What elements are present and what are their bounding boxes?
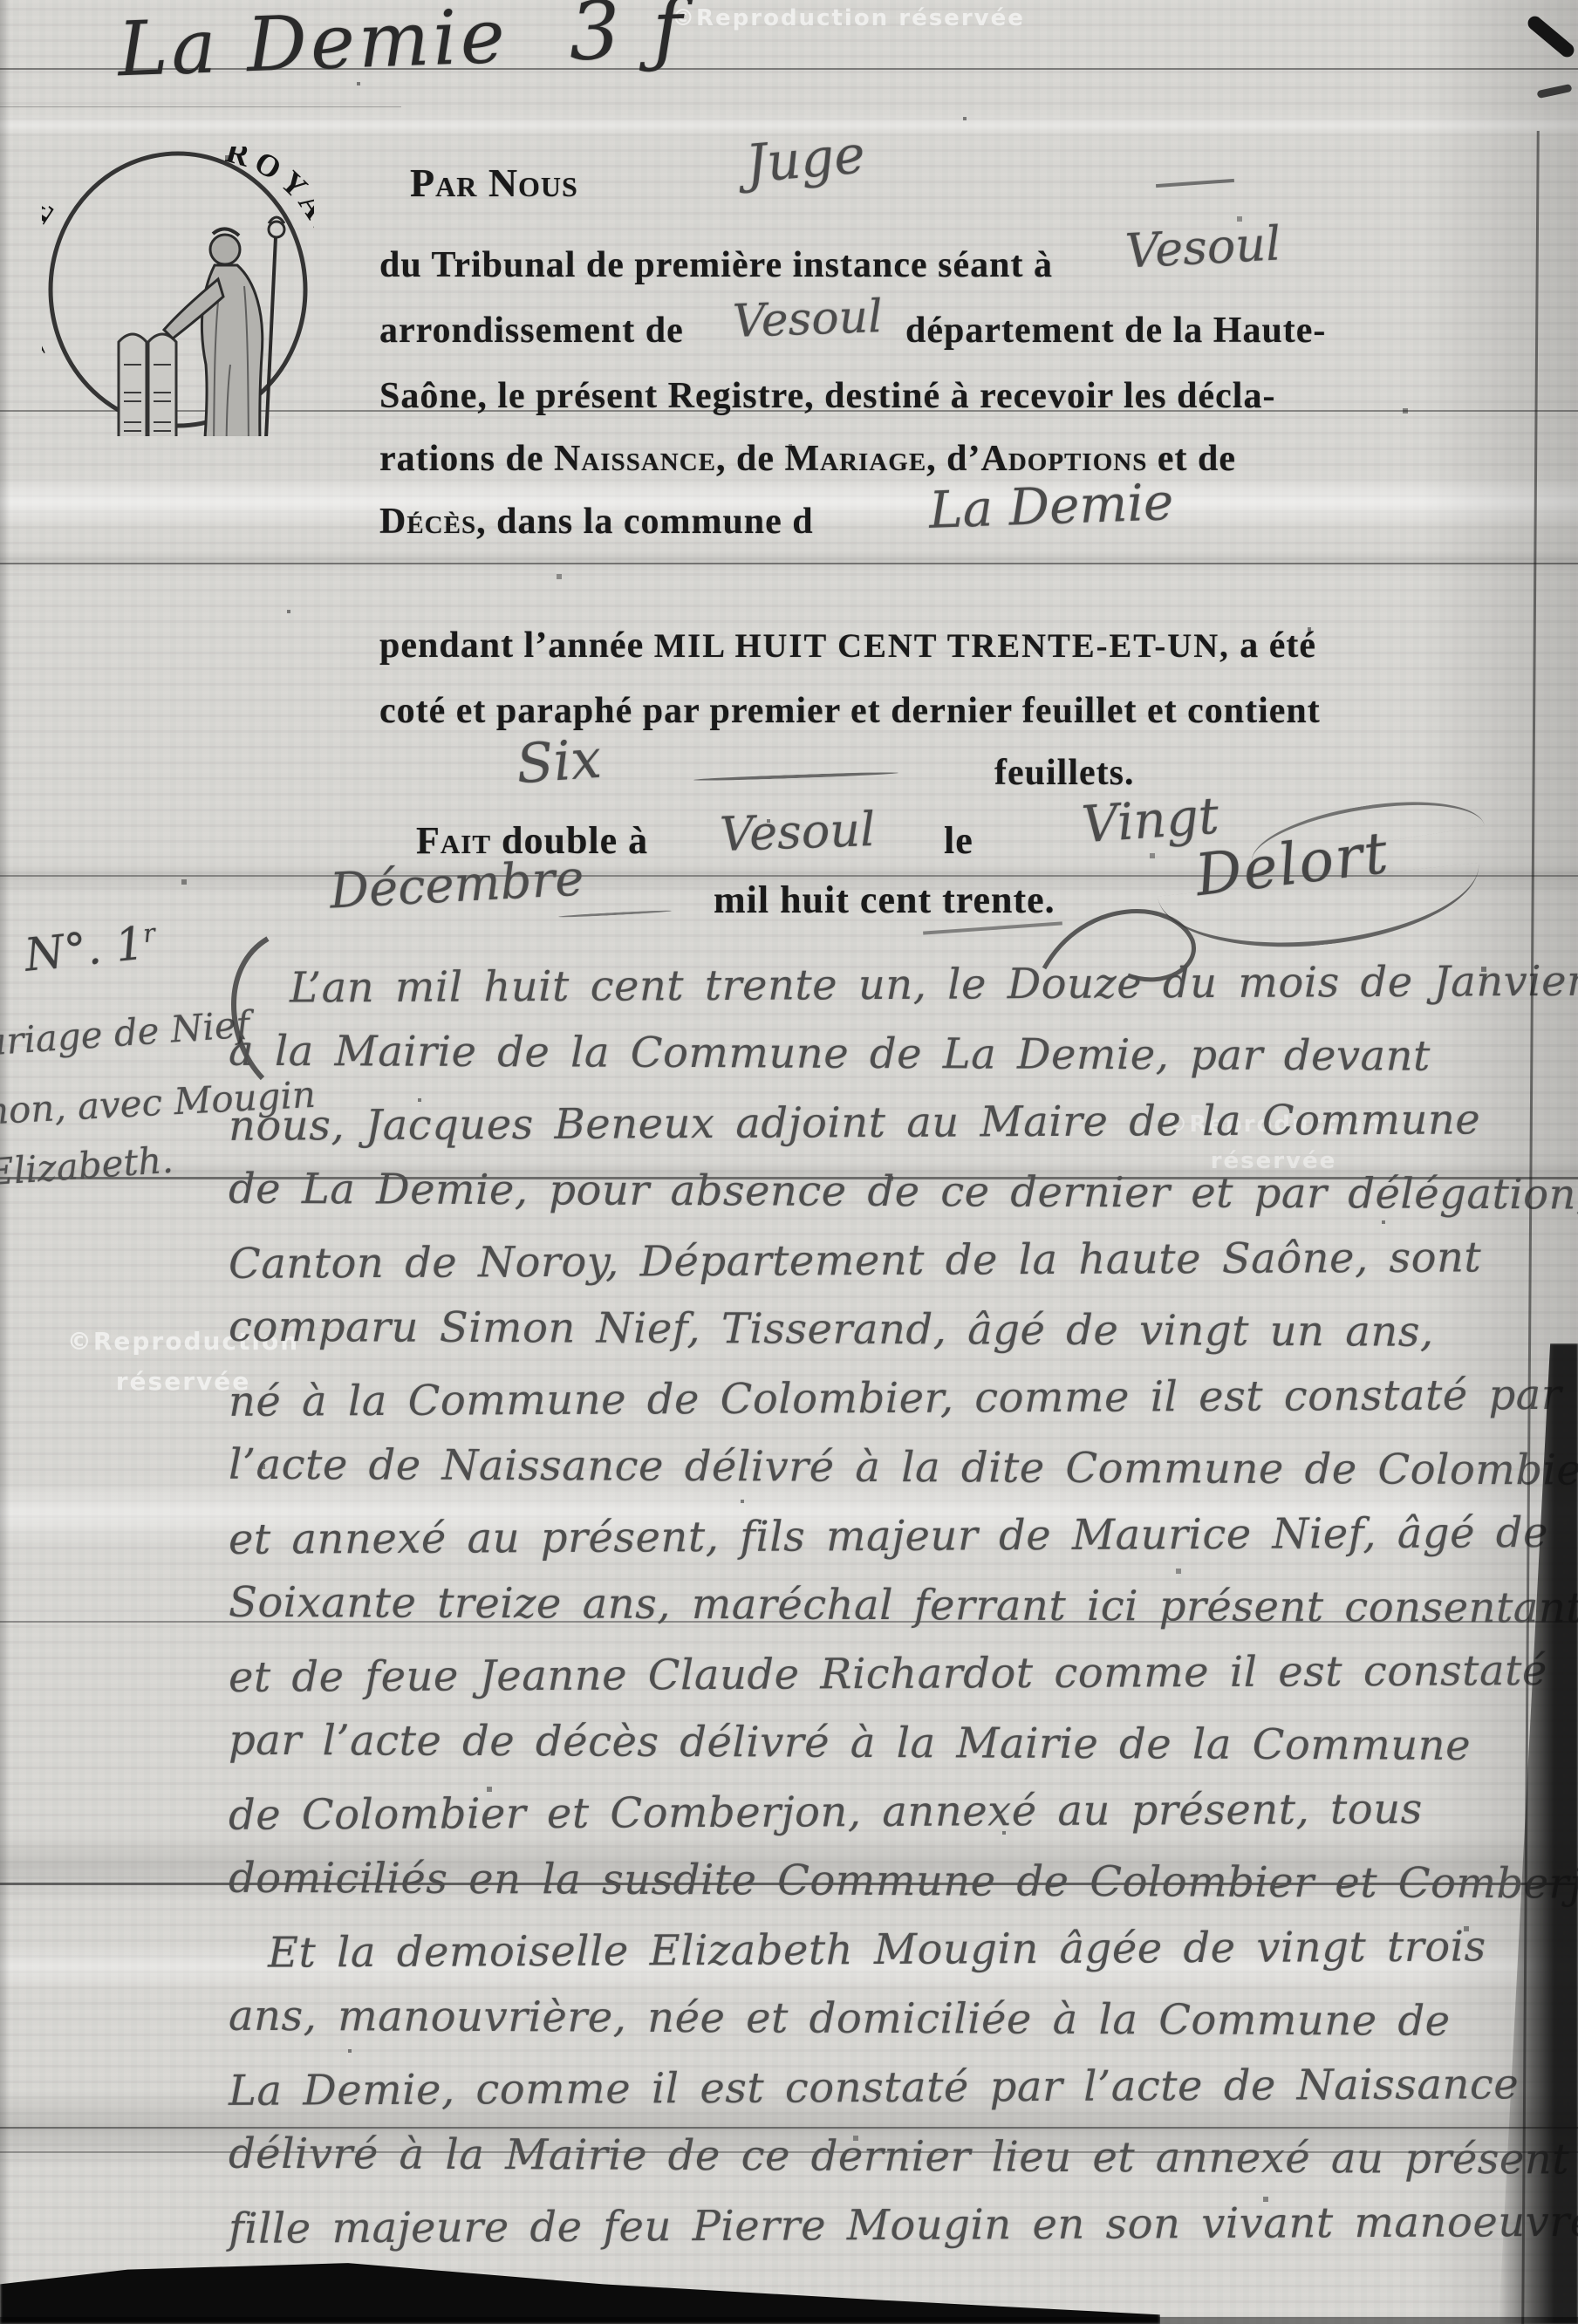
a-ete: a été [1240, 625, 1316, 666]
par-nous-label: Par Nous [410, 160, 578, 206]
saone-registre-line: Saône, le présent Registre, destiné à re… [379, 375, 1275, 417]
judge-signature: Delort [1192, 819, 1393, 910]
bottom-edge [0, 2317, 1578, 2324]
departement-label: département de la Haute- [905, 310, 1326, 352]
le-label: le [944, 818, 973, 863]
body-line: La Demie, comme il est constaté par l’ac… [229, 2050, 1533, 2126]
pendant-annee: pendant l’année [379, 625, 644, 666]
pen-dash [558, 910, 672, 919]
body-line: Canton de Noroy, Département de la haute… [229, 1223, 1533, 1299]
deces-commune-line: Décès, dans la commune d [379, 501, 814, 543]
d-apostrophe: , d’ [926, 439, 980, 479]
act-body: L’an mil huit cent trente un, le Douze d… [229, 951, 1533, 2260]
deces-label: Décès [379, 502, 476, 542]
act-number: N°. 1r [22, 916, 159, 981]
body-line: et de feue Jeanne Claude Richardot comme… [229, 1637, 1533, 1712]
year-label: mil huit cent trente. [714, 878, 1055, 922]
rule-line [0, 106, 401, 107]
body-line: délivré à la Mairie de ce dernier lieu e… [229, 2120, 1533, 2195]
juge-handwritten: Juge [743, 124, 867, 195]
act-number-sup: r [141, 918, 156, 948]
body-line: par l’acte de décès délivré à la Mairie … [229, 1706, 1533, 1781]
arrondissement-label: arrondissement de [379, 310, 684, 352]
body-line: fille majeure de feu Pierre Mougin en so… [229, 2188, 1533, 2264]
vesoul-handwritten-2: Vesoul [732, 290, 884, 348]
body-line: domiciliés en la susdite Commune de Colo… [229, 1844, 1533, 1919]
body-line: de La Demie, pour absence de ce dernier … [229, 1155, 1533, 1230]
margin-line-mariage: ariage de Nief [0, 1002, 251, 1063]
top-note: La Demie3 ƒ [116, 0, 687, 94]
naissance-label: Naissance [554, 439, 716, 479]
body-line: Et la demoiselle Elizabeth Mougin âgée d… [229, 1912, 1533, 1988]
top-note-number: 3 ƒ [568, 0, 687, 79]
body-line: à la Mairie de la Commune de La Demie, p… [229, 1017, 1533, 1092]
tribunal-line: du Tribunal de première instance séant à [379, 244, 1053, 286]
pen-dash [1156, 179, 1234, 188]
pen-dash [923, 921, 1062, 934]
ink-mark [1537, 84, 1573, 99]
fait-place-handwritten: Vesoul [719, 802, 876, 862]
margin-line-elizabeth: Elizabeth. [0, 1138, 174, 1194]
dust-specks [0, 0, 2, 2]
cote-paraphe-line: coté et paraphé par premier et dernier f… [379, 690, 1321, 732]
mil-huit-cent-trente-et-un: MIL HUIT CENT TRENTE-ET-UN, [654, 628, 1230, 665]
feuillets-label: feuillets. [994, 752, 1134, 794]
month-handwritten: Décembre [328, 850, 584, 919]
allegorical-figure [164, 217, 308, 436]
body-line: ans, manouvrière, née et domiciliée à la… [229, 1982, 1533, 2057]
dans-la-commune: , dans la commune d [476, 502, 814, 542]
bottom-scan-shadow [0, 2258, 1160, 2324]
scan-band [0, 550, 1578, 572]
la-demie-handwritten: La Demie [928, 472, 1174, 540]
body-line: nous, Jacques Beneux adjoint au Maire de… [229, 1085, 1533, 1161]
reproduction-watermark: ©Reproduction réservée [672, 5, 1025, 31]
body-line: né à la Commune de Colombier, comme il e… [229, 1361, 1533, 1437]
tablet-right [148, 334, 176, 436]
top-note-place: La Demie [117, 0, 510, 93]
tablet-left [119, 334, 147, 436]
body-line: Soixante treize ans, maréchal ferrant ic… [229, 1569, 1533, 1644]
vesoul-handwritten: Vesoul [1124, 215, 1281, 278]
registry-page-scan: ©Reproduction réservée ©Reproduction rés… [0, 0, 1578, 2324]
ink-mark [1525, 13, 1576, 59]
act-number-text: N°. 1 [22, 918, 147, 982]
body-line: l’acte de Naissance délivré à la dite Co… [229, 1431, 1533, 1506]
feuillet-count-handwritten: Six [515, 727, 604, 796]
body-line: L’an mil huit cent trente un, le Douze d… [229, 947, 1533, 1023]
body-line: et annexé au présent, fils majeur de Mau… [229, 1499, 1533, 1575]
mariage-label: Mariage [785, 439, 927, 479]
body-line: comparu Simon Nief, Tisserand, âgé de vi… [229, 1293, 1533, 1368]
body-line: de Colombier et Comberjon, annexé au pré… [229, 1774, 1533, 1850]
adoptions-label: Adoptions [981, 439, 1148, 479]
timbre-royal-stamp-icon: TIMBRE ROYAL. ⚜ 70c. GALLE [42, 147, 314, 436]
rations-de: rations de [379, 439, 544, 479]
pen-dash [693, 771, 898, 782]
pendant-annee-line: pendant l’année MIL HUIT CENT TRENTE-ET-… [379, 625, 1316, 666]
rule-line [0, 563, 1578, 564]
de: , de [716, 439, 775, 479]
